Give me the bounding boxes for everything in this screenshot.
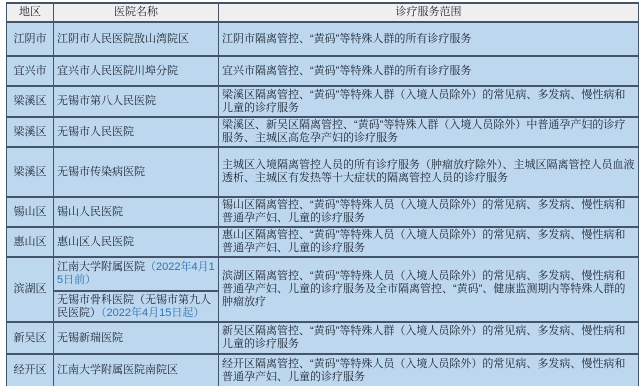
table-row: 梁溪区 无锡市第八人民医院 梁溪区隔离管控、“黄码”等特殊人群（入境人员除外）的… <box>7 86 639 117</box>
table-row: 梁溪区 无锡市传染病医院 主城区入境隔离管控人员的所有诊疗服务（肿瘤放疗除外）、… <box>7 147 639 197</box>
table-row: 惠山区 惠山区人民医院 惠山区隔离管控、“黄码”等特殊人员（入境人员除外）的常见… <box>7 227 639 257</box>
header-district: 地区 <box>7 3 54 22</box>
hospital-cell: 无锡市第八人民医院 <box>54 86 219 117</box>
header-hospital: 医院名称 <box>54 3 219 22</box>
hospital-cell: 惠山区人民医院 <box>54 227 219 257</box>
district-cell: 梁溪区 <box>7 147 54 197</box>
table-row: 宜兴市 宜兴市人民医院川埠分院 宜兴市隔离管控、“黄码”等特殊人群的所有诊疗服务 <box>7 56 639 86</box>
hospital-cell: 锡山人民医院 <box>54 197 219 227</box>
hospital-service-table: 地区 医院名称 诊疗服务范围 江阴市 江阴市人民医院敔山湾院区 江阴市隔离管控、… <box>6 2 639 386</box>
district-cell: 惠山区 <box>7 227 54 257</box>
hospital-cell: 无锡市人民医院 <box>54 117 219 147</box>
hospital-name: 江南大学附属医院 <box>57 261 145 273</box>
table-row: 江阴市 江阴市人民医院敔山湾院区 江阴市隔离管控、“黄码”等特殊人群的所有诊疗服… <box>7 22 639 56</box>
service-cell: 主城区入境隔离管控人员的所有诊疗服务（肿瘤放疗除外）、主城区隔离管控人员血液透析… <box>219 147 639 197</box>
hospital-cell: 江南大学附属医院南院区 <box>54 354 219 386</box>
service-cell: 滨湖区隔离管控、“黄码”等特殊人员（入境人员除外）的常见病、多发病、慢性病和普通… <box>219 257 639 322</box>
hospital-date-note: （2022年4月15日起） <box>101 307 204 319</box>
district-cell: 滨湖区 <box>7 257 54 322</box>
service-cell: 惠山区隔离管控、“黄码”等特殊人员（入境人员除外）的常见病、多发病、慢性病和普通… <box>219 227 639 257</box>
district-cell: 新吴区 <box>7 322 54 354</box>
hospital-cell: 宜兴市人民医院川埠分院 <box>54 56 219 86</box>
district-cell: 锡山区 <box>7 197 54 227</box>
service-cell: 梁溪区隔离管控、“黄码”等特殊人群（入境人员除外）的常见病、多发病、慢性病和儿童… <box>219 86 639 117</box>
service-cell: 梁溪区、新吴区隔离管控、“黄码”等特殊人群（入境人员除外）中普通孕产妇的诊疗服务… <box>219 117 639 147</box>
table-row: 锡山区 锡山人民医院 锡山区隔离管控、“黄码”等特殊人员（入境人员除外）的常见病… <box>7 197 639 227</box>
service-cell: 锡山区隔离管控、“黄码”等特殊人员（入境人员除外）的常见病、多发病、慢性病和普通… <box>219 197 639 227</box>
district-cell: 梁溪区 <box>7 117 54 147</box>
page: 地区 医院名称 诊疗服务范围 江阴市 江阴市人民医院敔山湾院区 江阴市隔离管控、… <box>0 0 640 386</box>
hospital-cell: 江阴市人民医院敔山湾院区 <box>54 22 219 56</box>
table-row: 梁溪区 无锡市人民医院 梁溪区、新吴区隔离管控、“黄码”等特殊人群（入境人员除外… <box>7 117 639 147</box>
district-cell: 经开区 <box>7 354 54 386</box>
service-cell: 经开区隔离管控、“黄码”等特殊人员（入境人员除外）的常见病、多发病、慢性病和普通… <box>219 354 639 386</box>
district-cell: 宜兴市 <box>7 56 54 86</box>
service-cell: 宜兴市隔离管控、“黄码”等特殊人群的所有诊疗服务 <box>219 56 639 86</box>
hospital-cell: 无锡新瑞医院 <box>54 322 219 354</box>
table-row: 新吴区 无锡新瑞医院 新吴区隔离管控、“黄码”等特殊人群（入境人员除外）的常见病… <box>7 322 639 354</box>
service-cell: 新吴区隔离管控、“黄码”等特殊人群（入境人员除外）的常见病、多发病、慢性病和儿童… <box>219 322 639 354</box>
table-header-row: 地区 医院名称 诊疗服务范围 <box>7 3 639 22</box>
service-cell: 江阴市隔离管控、“黄码”等特殊人群的所有诊疗服务 <box>219 22 639 56</box>
table-row: 经开区 江南大学附属医院南院区 经开区隔离管控、“黄码”等特殊人员（入境人员除外… <box>7 354 639 386</box>
hospital-cell: 江南大学附属医院（2022年4月15日前） <box>54 257 219 291</box>
hospital-cell: 无锡市传染病医院 <box>54 147 219 197</box>
table-row-binhu-1: 滨湖区 江南大学附属医院（2022年4月15日前） 滨湖区隔离管控、“黄码”等特… <box>7 257 639 291</box>
hospital-cell: 无锡市骨科医院（无锡市第九人民医院）（2022年4月15日起） <box>54 291 219 322</box>
header-service: 诊疗服务范围 <box>219 3 639 22</box>
district-cell: 江阴市 <box>7 22 54 56</box>
district-cell: 梁溪区 <box>7 86 54 117</box>
